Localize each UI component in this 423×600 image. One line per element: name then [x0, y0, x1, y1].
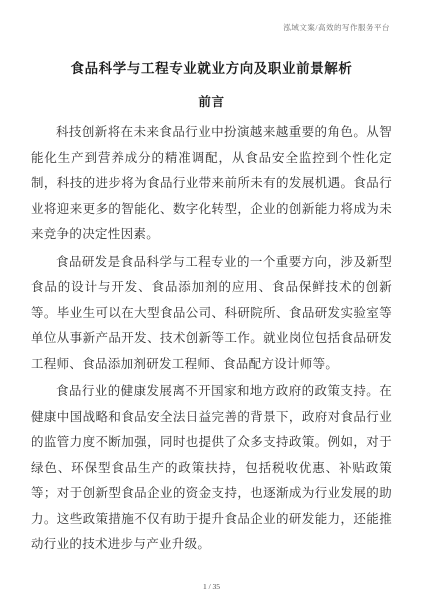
body-paragraph: 科技创新将在未来食品行业中扮演越来越重要的角色。从智能化生产到营养成分的精准调配…: [31, 120, 392, 248]
body-paragraph: 食品研发是食品科学与工程专业的一个重要方向，涉及新型食品的设计与开发、食品添加剂…: [31, 250, 392, 378]
page-number: 1 / 35: [0, 582, 423, 591]
document-body: 科技创新将在未来食品行业中扮演越来越重要的角色。从智能化生产到营养成分的精准调配…: [31, 120, 392, 558]
document-title: 食品科学与工程专业就业方向及职业前景解析: [0, 57, 423, 77]
watermark-header: 泓域文案/高效的写作服务平台: [0, 0, 423, 33]
body-paragraph: 食品行业的健康发展离不开国家和地方政府的政策支持。在健康中国战略和食品安全法日益…: [31, 379, 392, 558]
section-heading-foreword: 前言: [0, 92, 423, 110]
document-page: 泓域文案/高效的写作服务平台 食品科学与工程专业就业方向及职业前景解析 前言 科…: [0, 0, 423, 600]
